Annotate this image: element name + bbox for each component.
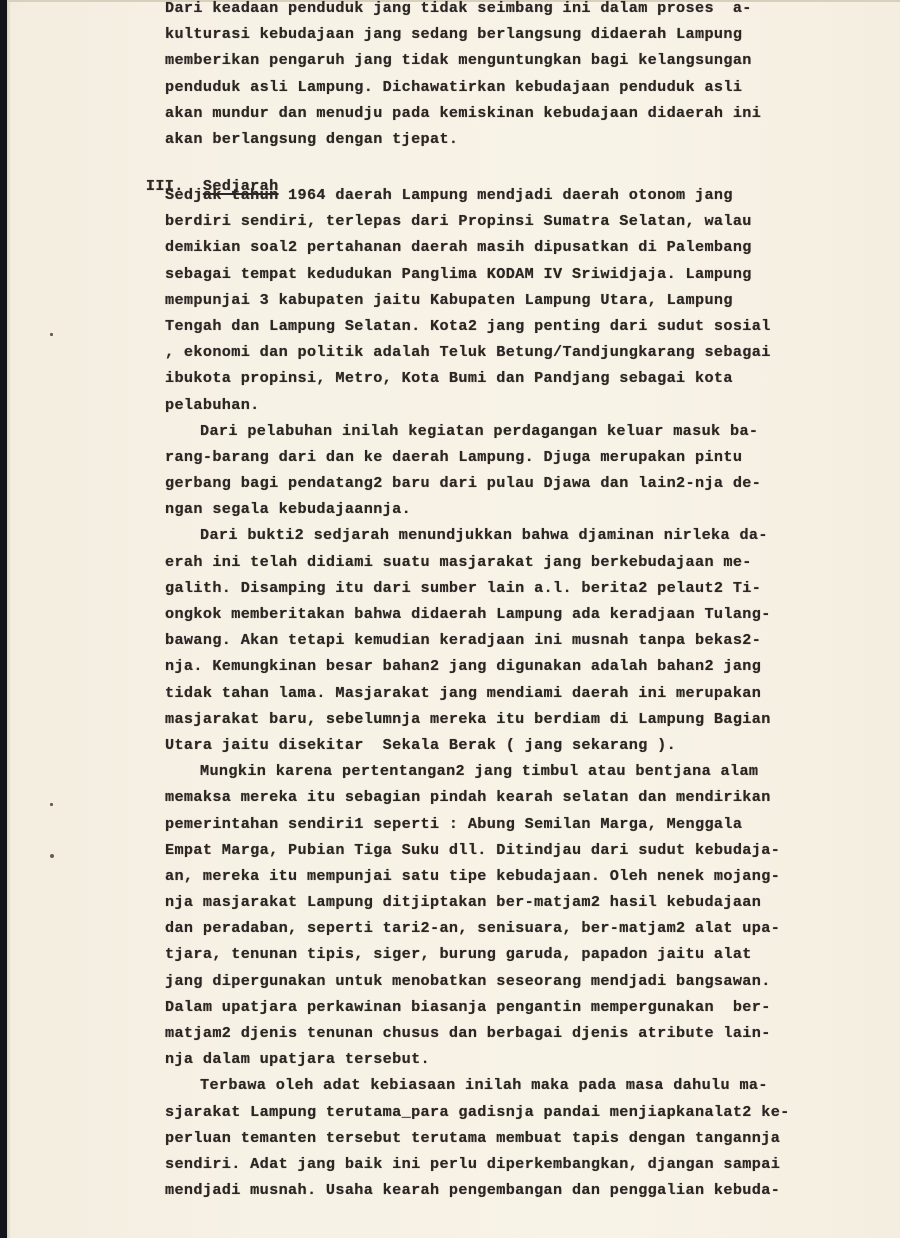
text-line: an, mereka itu mempunjai satu tipe kebud… [165,863,875,889]
text-line: mendjadi musnah. Usaha kearah pengembang… [165,1177,875,1203]
text-line: akan mundur dan menudju pada kemiskinan … [165,100,875,126]
text-line: masjarakat baru, sebelumnja mereka itu b… [165,706,875,732]
text-line: memberikan pengaruh jang tidak menguntun… [165,47,875,73]
text-line: galith. Disamping itu dari sumber lain a… [165,575,875,601]
text-line: penduduk asli Lampung. Dichawatirkan keb… [165,74,875,100]
paragraph: Dari bukti2 sedjarah menundjukkan bahwa … [165,522,875,758]
scanner-left-border [0,0,7,1238]
text-line: berdiri sendiri, terlepas dari Propinsi … [165,208,875,234]
text-line: Dari bukti2 sedjarah menundjukkan bahwa … [165,522,875,548]
text-line: nja masjarakat Lampung ditjiptakan ber-m… [165,889,875,915]
text-line: Dari keadaan penduduk jang tidak seimban… [165,0,875,21]
paragraph: Sedjak tahun 1964 daerah Lampung mendjad… [165,182,875,418]
text-line: gerbang bagi pendatang2 baru dari pulau … [165,470,875,496]
margin-speck [50,803,53,806]
text-line: bawang. Akan tetapi kemudian keradjaan i… [165,627,875,653]
page-edge-shadow [7,0,11,1238]
text-line: Terbawa oleh adat kebiasaan inilah maka … [165,1072,875,1098]
text-line: ibukota propinsi, Metro, Kota Bumi dan P… [165,365,875,391]
text-line: nja. Kemungkinan besar bahan2 jang digun… [165,653,875,679]
text-line: erah ini telah didiami suatu masjarakat … [165,549,875,575]
paragraph: Terbawa oleh adat kebiasaan inilah maka … [165,1072,875,1203]
text-line: sjarakat Lampung terutama_para gadisnja … [165,1099,875,1125]
text-line: , ekonomi dan politik adalah Teluk Betun… [165,339,875,365]
paragraph: Mungkin karena pertentangan2 jang timbul… [165,758,875,1072]
text-line: mempunjai 3 kabupaten jaitu Kabupaten La… [165,287,875,313]
text-line: dan peradaban, seperti tari2-an, senisua… [165,915,875,941]
text-line: Tengah dan Lampung Selatan. Kota2 jang p… [165,313,875,339]
scanned-page: Dari keadaan penduduk jang tidak seimban… [0,0,900,1238]
paragraph: Dari pelabuhan inilah kegiatan perdagang… [165,418,875,523]
text-line: pemerintahan sendiri1 seperti : Abung Se… [165,811,875,837]
text-line: Sedjak tahun 1964 daerah Lampung mendjad… [165,182,875,208]
text-line: ongkok memberitakan bahwa didaerah Lampu… [165,601,875,627]
margin-speck [50,333,53,336]
margin-speck [50,854,54,858]
text-line: akan berlangsung dengan tjepat. [165,126,875,152]
text-line: kulturasi kebudajaan jang sedang berlang… [165,21,875,47]
text-line: pelabuhan. [165,392,875,418]
section-body: Sedjak tahun 1964 daerah Lampung mendjad… [165,182,875,1203]
text-line: memaksa mereka itu sebagian pindah keara… [165,784,875,810]
text-line: jang dipergunakan untuk menobatkan seseo… [165,968,875,994]
text-line: Mungkin karena pertentangan2 jang timbul… [165,758,875,784]
text-line: rang-barang dari dan ke daerah Lampung. … [165,444,875,470]
text-line: tidak tahan lama. Masjarakat jang mendia… [165,680,875,706]
text-line: Dari pelabuhan inilah kegiatan perdagang… [165,418,875,444]
text-line: matjam2 djenis tenunan chusus dan berbag… [165,1020,875,1046]
text-line: demikian soal2 pertahanan daerah masih d… [165,234,875,260]
text-line: Dalam upatjara perkawinan biasanja penga… [165,994,875,1020]
intro-paragraph: Dari keadaan penduduk jang tidak seimban… [165,0,875,152]
text-line: sendiri. Adat jang baik ini perlu diperk… [165,1151,875,1177]
text-line: Utara jaitu disekitar Sekala Berak ( jan… [165,732,875,758]
text-line: ngan segala kebudajaannja. [165,496,875,522]
text-line: nja dalam upatjara tersebut. [165,1046,875,1072]
text-line: Empat Marga, Pubian Tiga Suku dll. Ditin… [165,837,875,863]
text-line: perluan temanten tersebut terutama membu… [165,1125,875,1151]
text-line: tjara, tenunan tipis, siger, burung garu… [165,941,875,967]
text-line: sebagai tempat kedudukan Panglima KODAM … [165,261,875,287]
